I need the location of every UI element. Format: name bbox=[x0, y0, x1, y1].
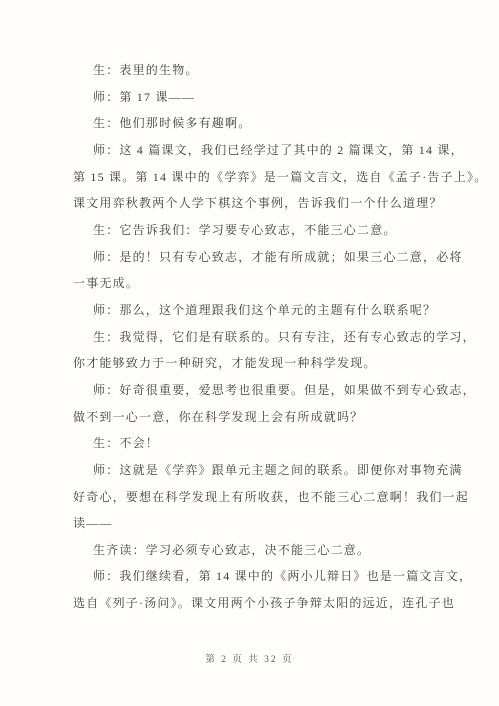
text-line: 生齐读：学习必须专心致志，决不能三心二意。 bbox=[73, 537, 443, 564]
text-line: 生：它告诉我们：学习要专心致志，不能三心二意。 bbox=[73, 217, 443, 244]
text-line: 一事无成。 bbox=[73, 270, 443, 297]
text-line: 师：我们继续看，第 14 课中的《两小儿辩日》也是一篇文言文， bbox=[73, 563, 443, 590]
text-line: 读—— bbox=[73, 510, 443, 537]
text-line: 好奇心，要想在科学发现上有所收获，也不能三心二意啊！我们一起 bbox=[73, 484, 443, 511]
document-page: 生：表里的生物。 师：第 17 课—— 生：他们那时候多有趣啊。 师：这 4 篇… bbox=[0, 0, 499, 706]
text-line: 师：好奇很重要，爱思考也很重要。但是，如果做不到专心致志， bbox=[73, 377, 443, 404]
text-line: 生：表里的生物。 bbox=[73, 57, 443, 84]
text-line: 师：那么，这个道理跟我们这个单元的主题有什么联系呢？ bbox=[73, 297, 443, 324]
text-line: 师：是的！只有专心致志，才能有所成就；如果三心二意，必将 bbox=[73, 244, 443, 271]
text-line: 做不到一心一意，你在科学发现上会有所成就吗？ bbox=[73, 404, 443, 431]
text-line: 生：我觉得，它们是有联系的。只有专注，还有专心致志的学习， bbox=[73, 324, 443, 351]
text-line: 生：不会！ bbox=[73, 430, 443, 457]
text-line: 选自《列子·汤问》。课文用两个小孩子争辩太阳的远近，连孔子也 bbox=[73, 590, 443, 617]
text-line: 师：这就是《学弈》跟单元主题之间的联系。即便你对事物充满 bbox=[73, 457, 443, 484]
text-line: 你才能够致力于一种研究，才能发现一种科学发现。 bbox=[73, 350, 443, 377]
page-number-footer: 第 2 页 共 32 页 bbox=[0, 651, 499, 665]
text-line: 师：第 17 课—— bbox=[73, 84, 443, 111]
text-line: 生：他们那时候多有趣啊。 bbox=[73, 110, 443, 137]
text-line: 师：这 4 篇课文，我们已经学过了其中的 2 篇课文，第 14 课， bbox=[73, 137, 443, 164]
text-line: 第 15 课。第 14 课中的《学弈》是一篇文言文，选自《孟子·告子上》。 bbox=[73, 164, 443, 191]
text-line: 课文用弈秋教两个人学下棋这个事例，告诉我们一个什么道理？ bbox=[73, 190, 443, 217]
document-text-block: 生：表里的生物。 师：第 17 课—— 生：他们那时候多有趣啊。 师：这 4 篇… bbox=[73, 57, 443, 617]
